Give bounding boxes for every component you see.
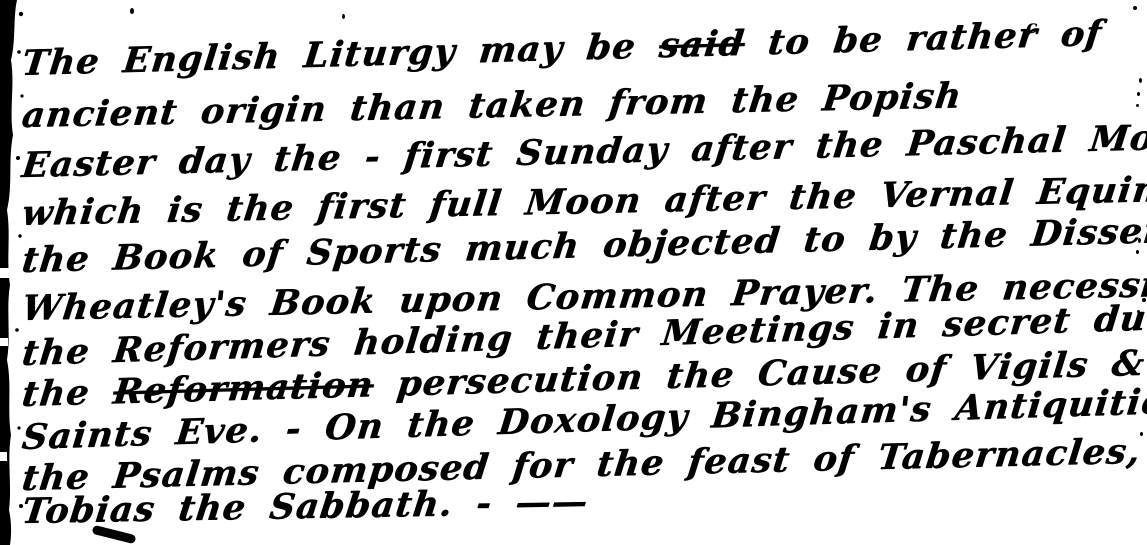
ink-speck [130, 8, 134, 14]
struck-word: Reformation [111, 364, 376, 412]
manuscript-text-segment: to be rather of [742, 13, 1104, 64]
manuscript-text-segment: The English Liturgy may be [20, 25, 662, 84]
manuscript-line: Tobias the Sabbath. - —— [20, 482, 591, 532]
struck-word: said [657, 23, 747, 66]
manuscript-page: The English Liturgy may be said to be ra… [0, 0, 1147, 545]
corner-mark: c [1026, 16, 1038, 38]
ink-speck [1136, 104, 1139, 107]
ink-speck [1137, 92, 1140, 96]
ink-speck [1138, 238, 1141, 243]
ink-speck [1068, 32, 1072, 35]
manuscript-text-segment: the [20, 371, 116, 415]
ink-speck [1139, 78, 1142, 83]
ink-speck [1140, 432, 1143, 436]
manuscript-text-segment: Tobias the Sabbath. - —— [20, 481, 591, 532]
manuscript-line: The English Liturgy may be said to be ra… [20, 14, 1104, 84]
ink-speck [1136, 250, 1139, 254]
ink-speck [1137, 310, 1140, 313]
ink-speck [1133, 6, 1137, 10]
ink-speck [1142, 298, 1146, 302]
ink-speck [342, 14, 345, 19]
